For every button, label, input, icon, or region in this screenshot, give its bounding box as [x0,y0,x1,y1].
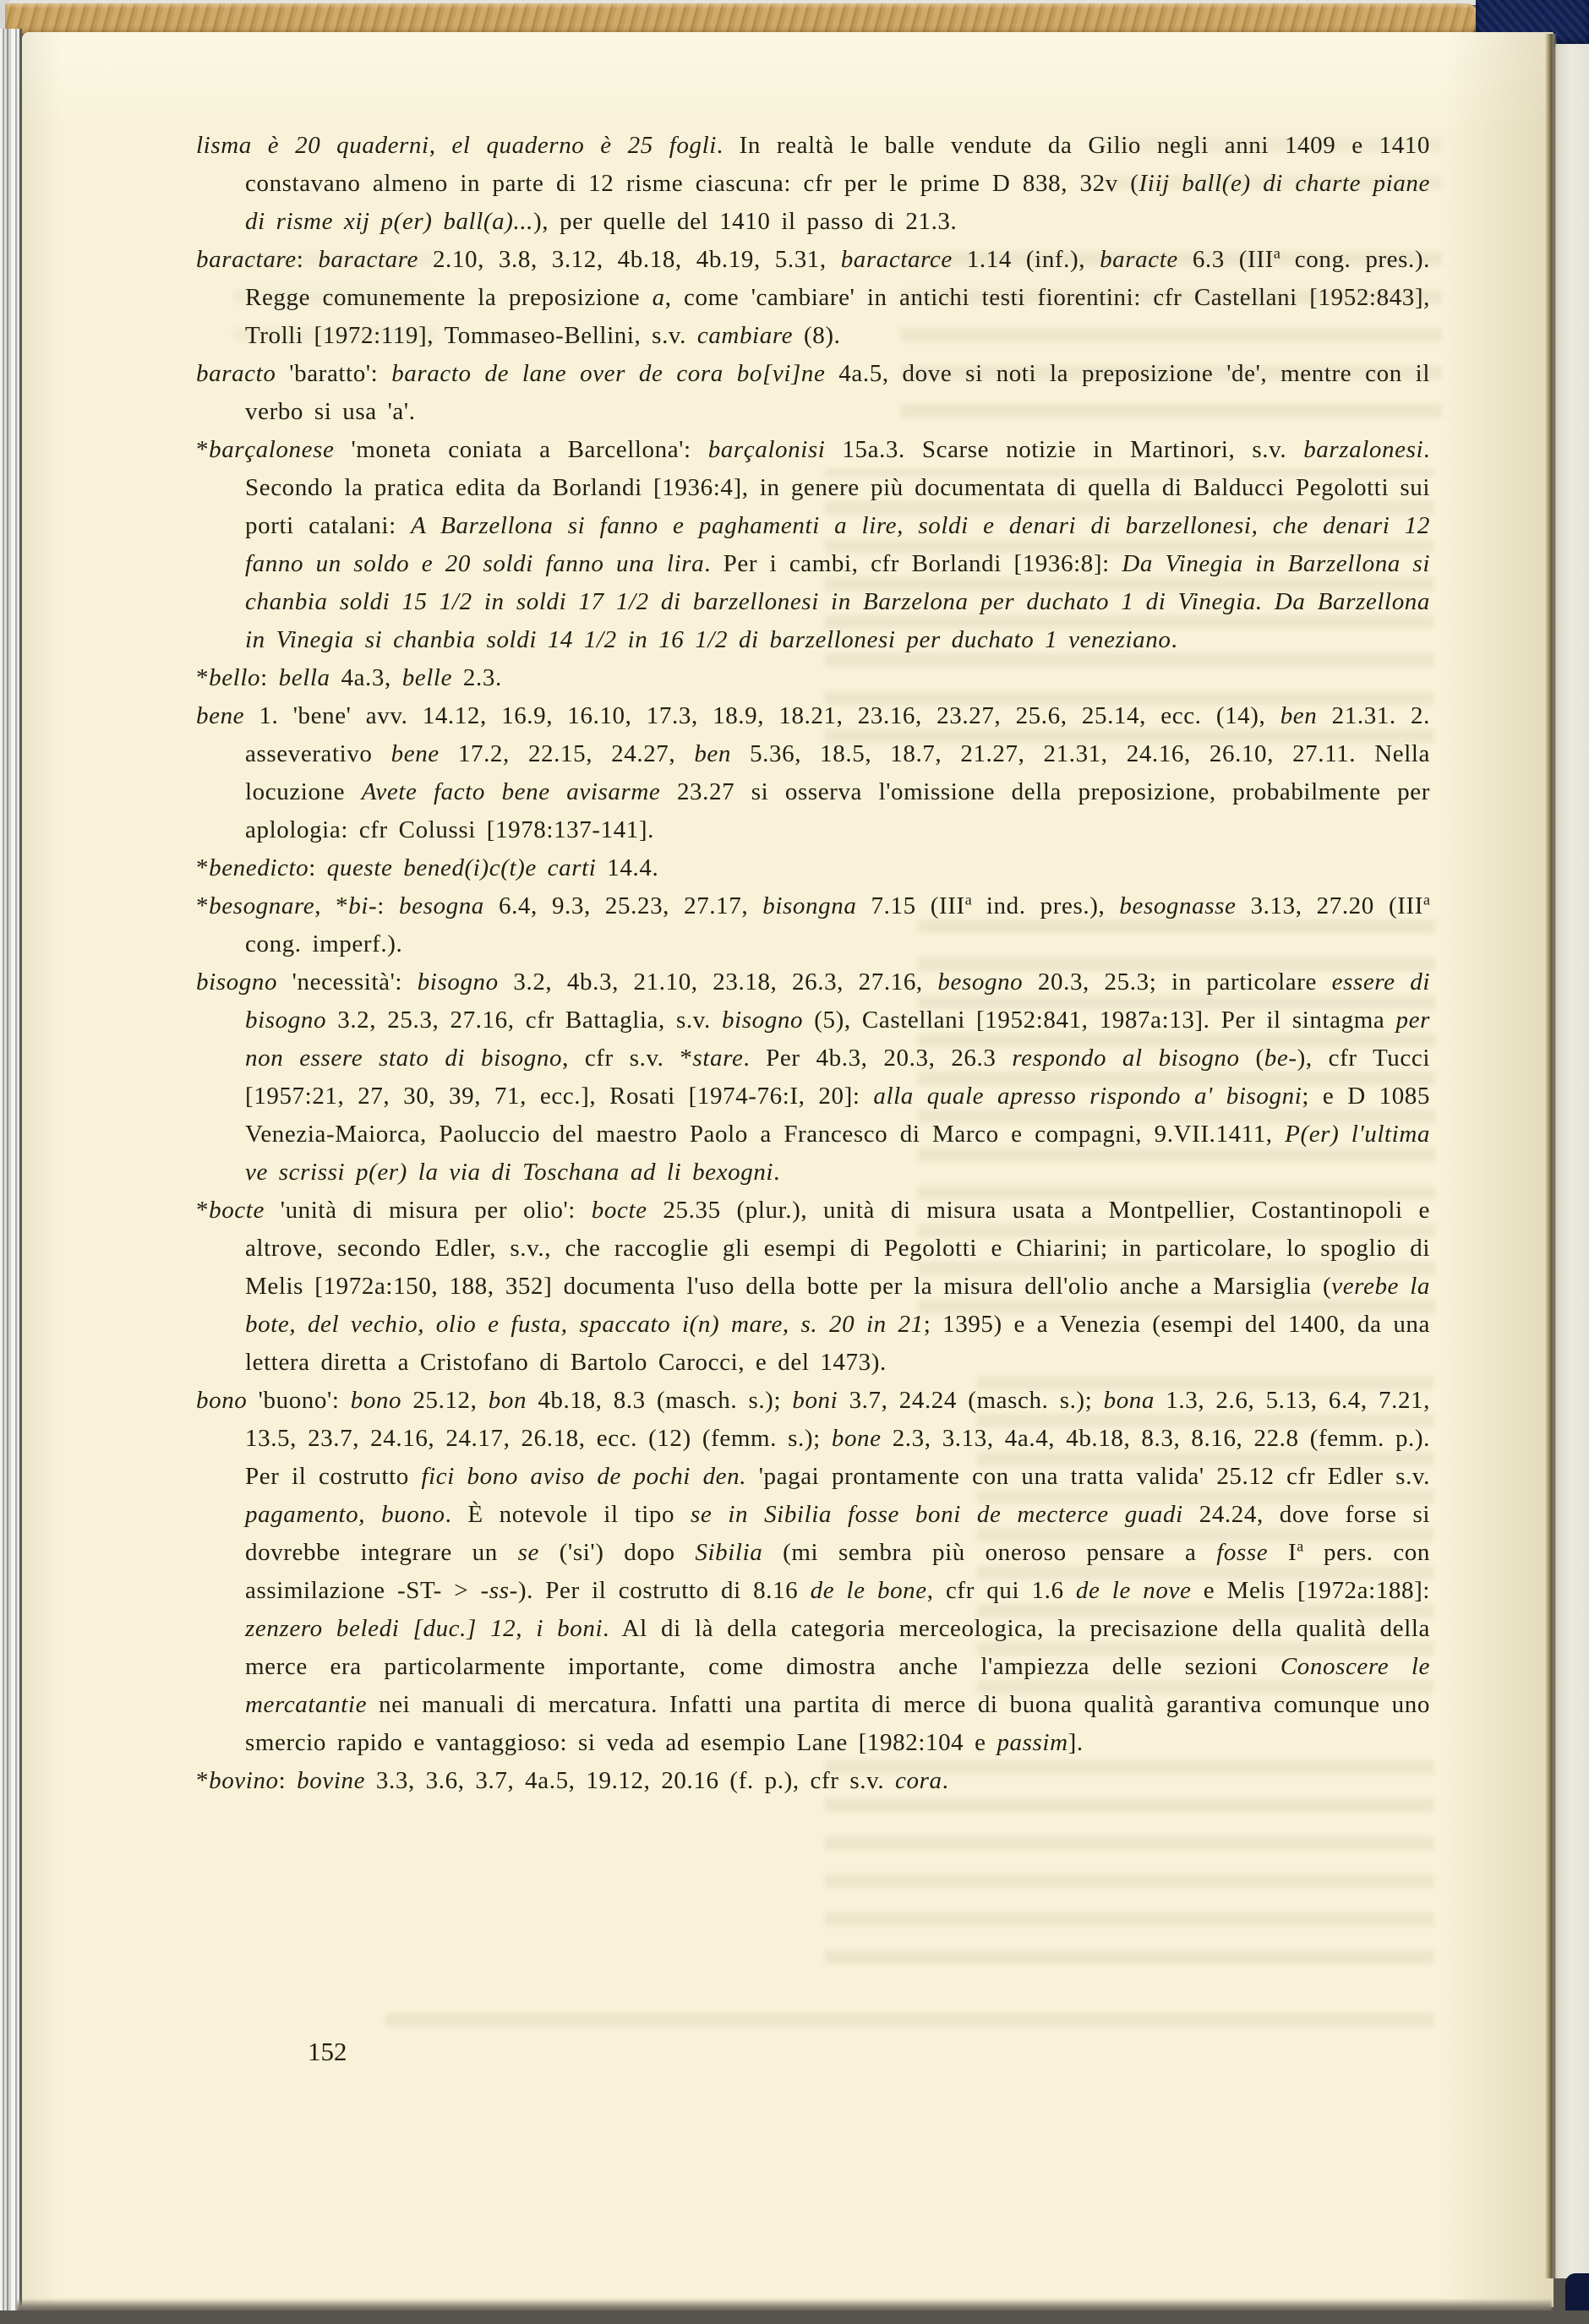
entry-bene: bene 1. 'bene' avv. 14.12, 16.9, 16.10, … [196,697,1430,849]
entry-lisma-continuation: lisma è 20 quaderni, el quaderno è 25 fo… [196,127,1430,241]
glossary-text-block: lisma è 20 quaderni, el quaderno è 25 fo… [196,127,1430,1800]
entry-bello: *bello: bella 4a.3, belle 2.3. [196,659,1430,697]
page-gutter-seam [1545,34,1557,2278]
entry-bono: bono 'buono': bono 25.12, bon 4b.18, 8.3… [196,1382,1430,1762]
book-headband [5,3,1479,34]
entry-bisogno: bisogno 'necessità': bisogno 3.2, 4b.3, … [196,963,1430,1192]
entry-bocte: *bocte 'unità di misura per olio': bocte… [196,1192,1430,1382]
page-number: 152 [308,2037,347,2067]
book-cover-corner-bottom-right [1565,2273,1589,2314]
entry-baractare: baractare: baractare 2.10, 3.8, 3.12, 4b… [196,241,1430,355]
entry-baracto: baracto 'baratto': baracto de lane over … [196,355,1430,431]
entry-benedicto: *benedicto: queste bened(i)c(t)e carti 1… [196,849,1430,887]
book-page: lisma è 20 quaderni, el quaderno è 25 fo… [22,32,1554,2307]
entry-besognare: *besognare, *bi-: besogna 6.4, 9.3, 25.2… [196,887,1430,963]
show-through-ghost [385,2001,1433,2040]
scanner-background [0,2310,1589,2324]
page-stack-edges [0,29,22,2314]
entry-bovino: *bovino: bovine 3.3, 3.6, 3.7, 4a.5, 19.… [196,1762,1430,1800]
book-scan: lisma è 20 quaderni, el quaderno è 25 fo… [0,0,1589,2324]
facing-page-edge [1555,44,1589,2278]
entry-barcalonese: *barçalonese 'moneta coniata a Barcellon… [196,431,1430,659]
